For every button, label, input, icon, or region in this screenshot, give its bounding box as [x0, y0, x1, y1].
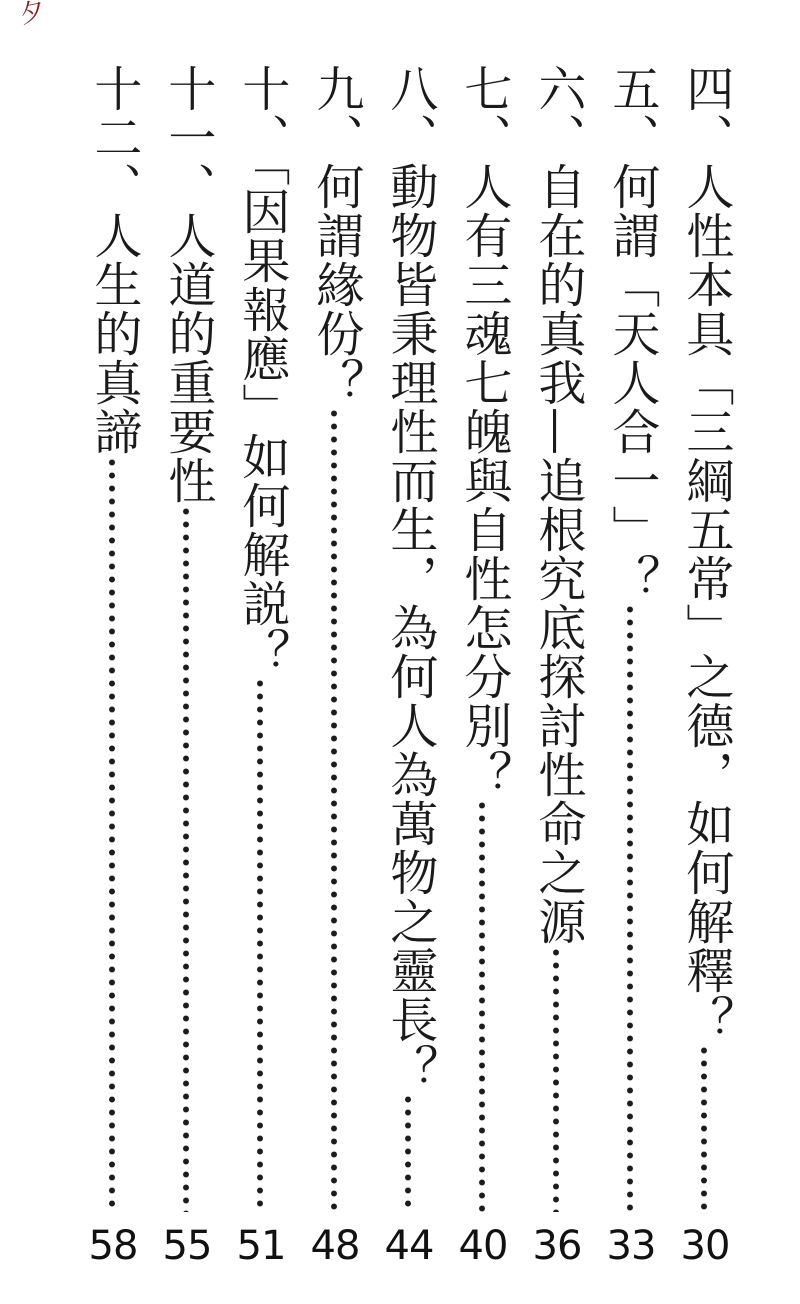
- toc-entry-title: 九、何謂緣份？: [307, 64, 363, 407]
- page-number: 48: [311, 1212, 360, 1266]
- dot-leader: [534, 946, 578, 1212]
- page-number: 30: [681, 1212, 730, 1266]
- dot-leader: [386, 1093, 430, 1212]
- dot-leader: [608, 603, 652, 1212]
- dot-leader: [238, 677, 282, 1212]
- red-ink-mark: 夕: [18, 0, 48, 27]
- toc-entry-title: 六、自在的真我—追根究底探討性命之源: [529, 64, 585, 946]
- toc-entry-title: 十二、人生的真諦: [85, 64, 141, 456]
- toc-list: 四、人性本具「三綱五常」之德，如何解釋？ 30 五、何謂「天人合一」？ 33 六…: [84, 64, 734, 1266]
- dot-leader: [90, 456, 134, 1212]
- toc-entry: 八、動物皆秉理性而生，為何人為萬物之靈長？ 44: [380, 64, 438, 1266]
- toc-entry: 四、人性本具「三綱五常」之德，如何解釋？ 30: [676, 64, 734, 1266]
- toc-entry-title: 八、動物皆秉理性而生，為何人為萬物之靈長？: [381, 64, 437, 1093]
- toc-entry: 六、自在的真我—追根究底探討性命之源 36: [528, 64, 586, 1266]
- toc-entry: 七、人有三魂七魄與自性怎分別？ 40: [454, 64, 512, 1266]
- dot-leader: [682, 1044, 726, 1212]
- toc-entry: 五、何謂「天人合一」？ 33: [602, 64, 660, 1266]
- toc-entry: 九、何謂緣份？ 48: [306, 64, 364, 1266]
- page-number: 51: [237, 1212, 286, 1266]
- toc-entry-title: 十、「因果報應」如何解説？: [233, 64, 289, 677]
- page-number: 36: [533, 1212, 582, 1266]
- toc-entry: 十、「因果報應」如何解説？ 51: [232, 64, 290, 1266]
- dot-leader: [164, 505, 208, 1212]
- page-number: 55: [163, 1212, 212, 1266]
- toc-entry: 十二、人生的真諦 58: [84, 64, 142, 1266]
- dot-leader: [460, 799, 504, 1212]
- page-number: 44: [385, 1212, 434, 1266]
- toc-entry-title: 七、人有三魂七魄與自性怎分別？: [455, 64, 511, 799]
- toc-entry-title: 五、何謂「天人合一」？: [603, 64, 659, 603]
- toc-entry: 十一、人道的重要性 55: [158, 64, 216, 1266]
- toc-entry-title: 十一、人道的重要性: [159, 64, 215, 505]
- toc-entry-title: 四、人性本具「三綱五常」之德，如何解釋？: [677, 64, 733, 1044]
- page-number: 33: [607, 1212, 656, 1266]
- dot-leader: [312, 407, 356, 1212]
- page-number: 40: [459, 1212, 508, 1266]
- page-number: 58: [89, 1212, 138, 1266]
